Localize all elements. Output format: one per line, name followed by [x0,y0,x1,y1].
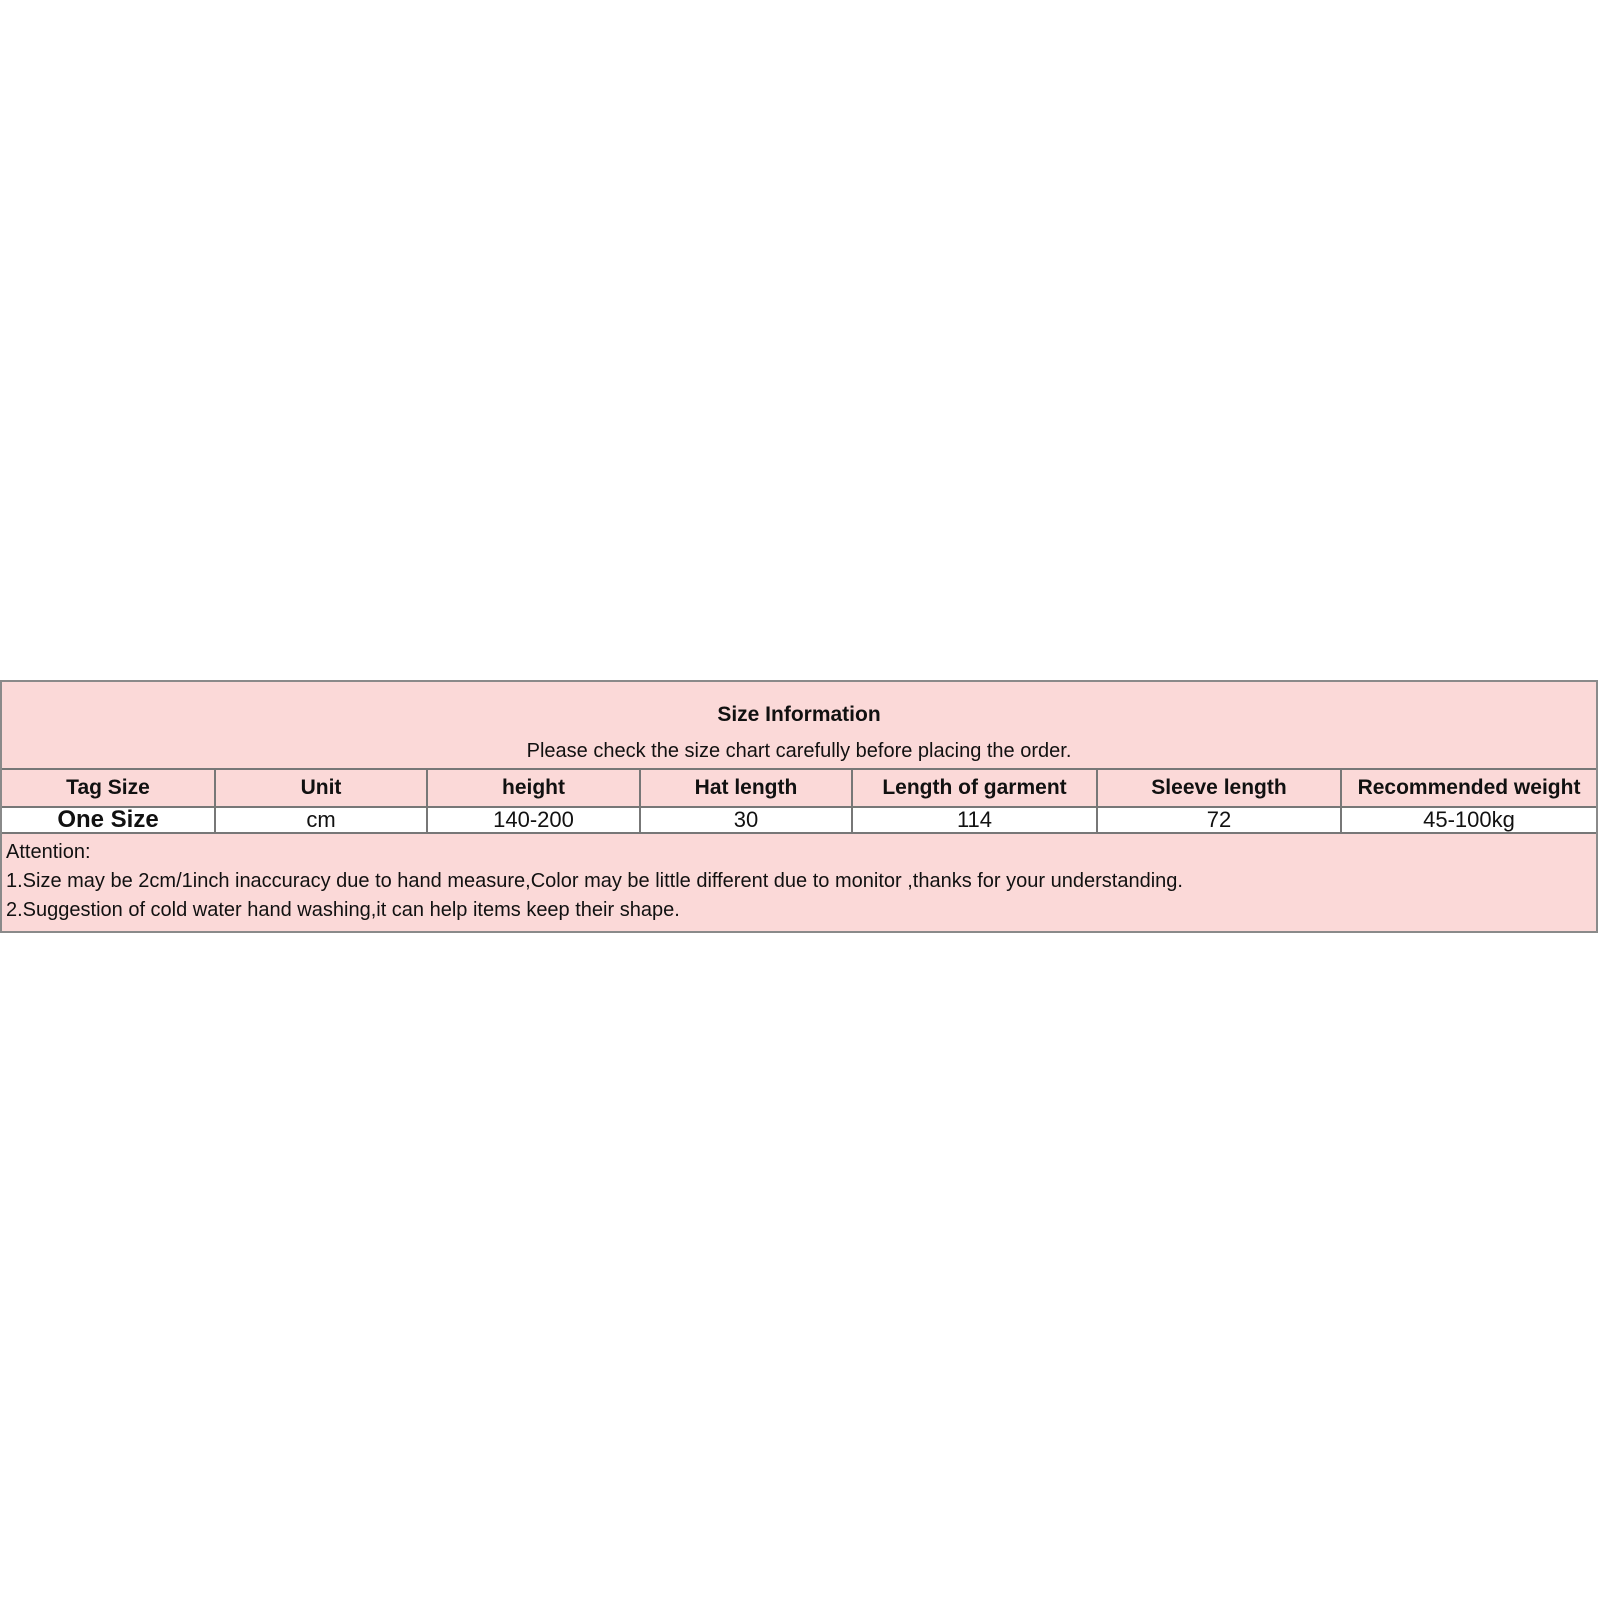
cell-sleeve-length: 72 [1097,807,1341,833]
header-garment-length: Length of garment [852,770,1097,807]
header-height: height [427,770,640,807]
header-sleeve-length: Sleeve length [1097,770,1341,807]
cell-hat-length: 30 [640,807,852,833]
attention-notes: Attention: 1.Size may be 2cm/1inch inacc… [2,834,1596,931]
header-hat-length: Hat length [640,770,852,807]
cell-height: 140-200 [427,807,640,833]
cell-garment-length: 114 [852,807,1097,833]
note-item: 1.Size may be 2cm/1inch inaccuracy due t… [6,867,1592,896]
cell-unit: cm [215,807,427,833]
size-table: Tag Size Unit height Hat length Length o… [2,770,1596,834]
size-chart-title: Size Information [2,682,1596,728]
note-item: 2.Suggestion of cold water hand washing,… [6,896,1592,925]
cell-recommended-weight: 45-100kg [1341,807,1596,833]
attention-heading: Attention: [6,838,1592,867]
cell-tag-size: One Size [2,807,215,833]
table-row: One Size cm 140-200 30 114 72 45-100kg [2,807,1596,833]
size-table-header-row: Tag Size Unit height Hat length Length o… [2,770,1596,807]
header-tag-size: Tag Size [2,770,215,807]
header-recommended-weight: Recommended weight [1341,770,1596,807]
size-chart-header: Size Information Please check the size c… [2,682,1596,770]
header-unit: Unit [215,770,427,807]
size-chart: Size Information Please check the size c… [0,680,1598,933]
size-chart-subtitle: Please check the size chart carefully be… [2,728,1596,764]
